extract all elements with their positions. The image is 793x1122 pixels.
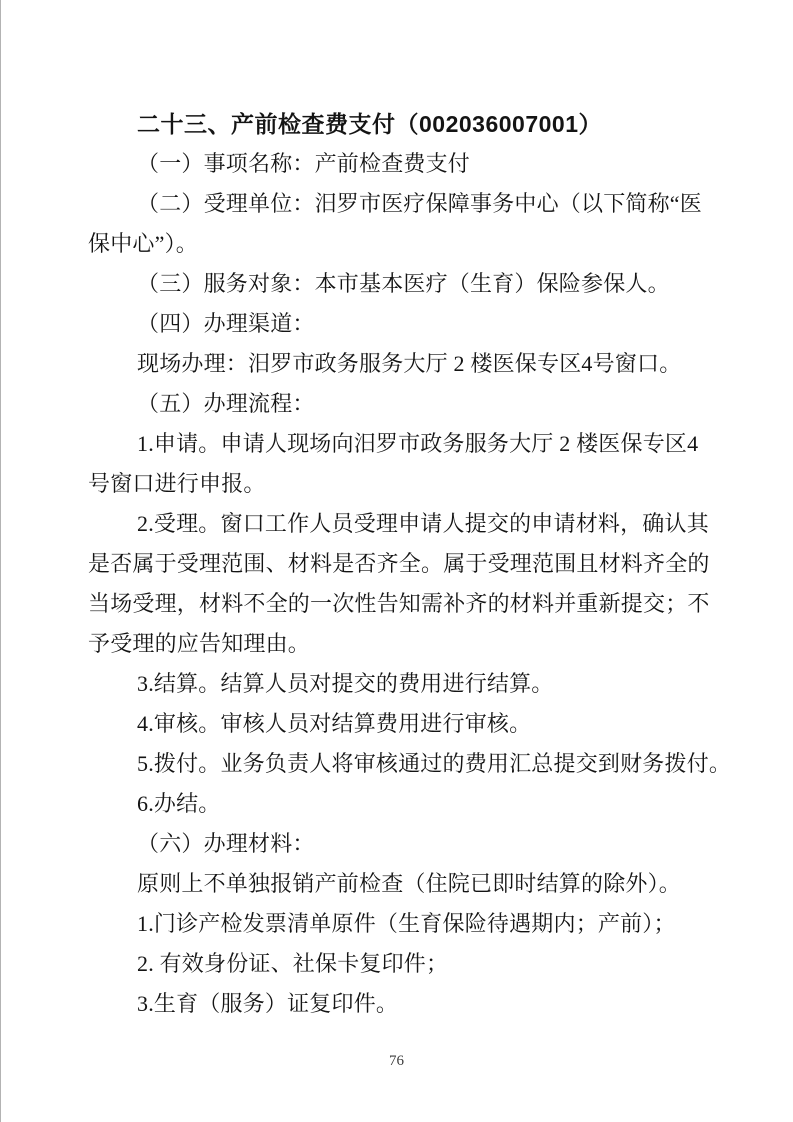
text-line: 3.结算。结算人员对提交的费用进行结算。 — [88, 664, 713, 704]
text-line: 是否属于受理范围、材料是否齐全。属于受理范围且材料齐全的 — [88, 544, 713, 584]
page-edge-line — [0, 0, 1, 1122]
text-line: 现场办理：汨罗市政务服务大厅 2 楼医保专区4号窗口。 — [88, 344, 713, 384]
text-line: （六）办理材料： — [88, 824, 713, 864]
text-line: （四）办理渠道： — [88, 304, 713, 344]
text-line: （三）服务对象：本市基本医疗（生育）保险参保人。 — [88, 264, 713, 304]
text-line: （一）事项名称：产前检查费支付 — [88, 144, 713, 184]
text-line: 号窗口进行申报。 — [88, 464, 713, 504]
text-line: （五）办理流程： — [88, 384, 713, 424]
text-line: 1.申请。申请人现场向汨罗市政务服务大厅 2 楼医保专区4 — [88, 424, 713, 464]
page-number: 76 — [0, 1053, 793, 1070]
text-line: 1.门诊产检发票清单原件（生育保险待遇期内；产前）； — [88, 904, 713, 944]
text-line: 2. 有效身份证、社保卡复印件； — [88, 944, 713, 984]
text-line: 4.审核。审核人员对结算费用进行审核。 — [88, 704, 713, 744]
text-line: 3.生育（服务）证复印件。 — [88, 984, 713, 1024]
text-line: 2.受理。窗口工作人员受理申请人提交的申请材料，确认其 — [88, 504, 713, 544]
section-heading: 二十三、产前检查费支付（002036007001） — [88, 104, 713, 144]
text-line: 保中心”）。 — [88, 224, 713, 264]
text-line: 5.拨付。业务负责人将审核通过的费用汇总提交到财务拨付。 — [88, 744, 713, 784]
text-line: 原则上不单独报销产前检查（住院已即时结算的除外）。 — [88, 864, 713, 904]
text-line: （二）受理单位：汨罗市医疗保障事务中心（以下简称“医 — [88, 184, 713, 224]
text-line: 当场受理，材料不全的一次性告知需补齐的材料并重新提交；不 — [88, 584, 713, 624]
document-page: 二十三、产前检查费支付（002036007001） （一）事项名称：产前检查费支… — [0, 0, 793, 1122]
document-body: 二十三、产前检查费支付（002036007001） （一）事项名称：产前检查费支… — [88, 104, 713, 1024]
text-line: 予受理的应告知理由。 — [88, 624, 713, 664]
text-line: 6.办结。 — [88, 784, 713, 824]
